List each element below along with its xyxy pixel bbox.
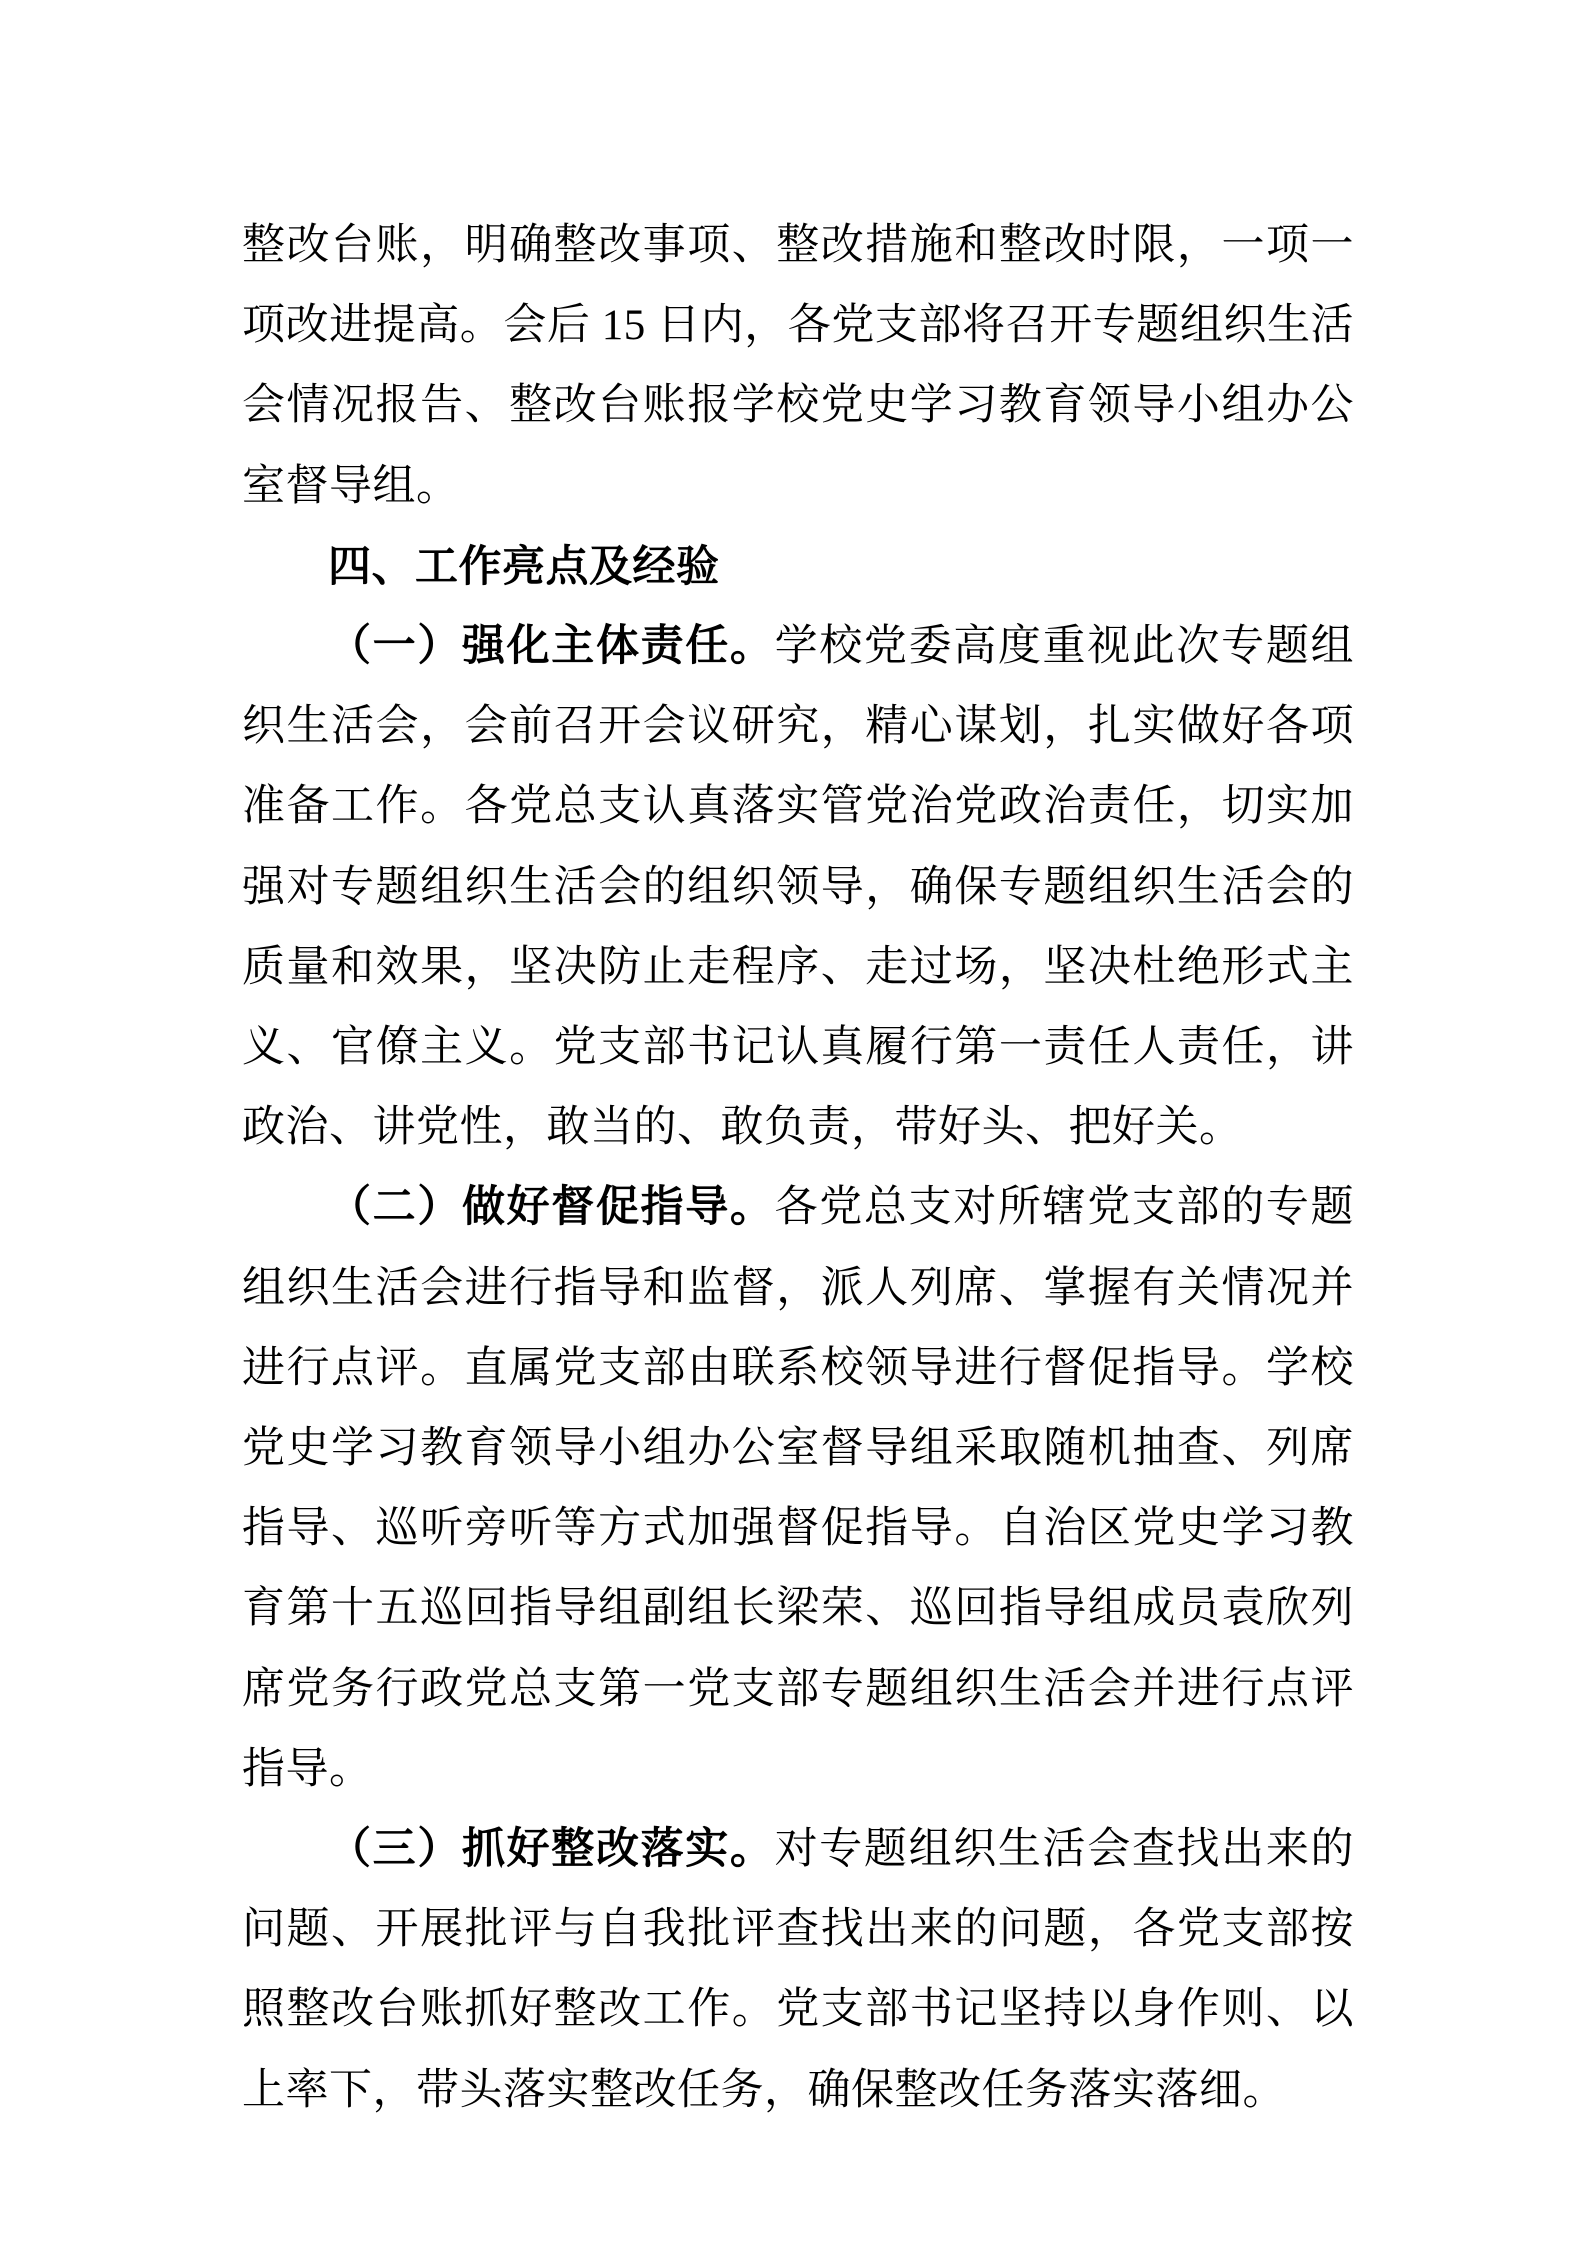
subsection-lead-2: （二）做好督促指导。 (328, 1184, 775, 1231)
document-page: 整改台账，明确整改事项、整改措施和整改时限，一项一项改进提高。会后 15 日内，… (0, 0, 1587, 2245)
subsection-lead-1: （一）强化主体责任。 (328, 623, 775, 670)
subsection-paragraph-1: （一）强化主体责任。学校党委高度重视此次专题组织生活会，会前召开会议研究，精心谋… (242, 607, 1354, 1168)
section-heading: 四、工作亮点及经验 (242, 527, 1354, 607)
subsection-text-2: 各党总支对所辖党支部的专题组织生活会进行指导和监督，派人列席、掌握有关情况并进行… (242, 1184, 1354, 1792)
subsection-text-1: 学校党委高度重视此次专题组织生活会，会前召开会议研究，精心谋划，扎实做好各项准备… (242, 623, 1354, 1151)
document-body: 整改台账，明确整改事项、整改措施和整改时限，一项一项改进提高。会后 15 日内，… (242, 206, 1354, 2131)
paragraph-continuation: 整改台账，明确整改事项、整改措施和整改时限，一项一项改进提高。会后 15 日内，… (242, 206, 1354, 527)
subsection-paragraph-3: （三）抓好整改落实。对专题组织生活会查找出来的问题、开展批评与自我批评查找出来的… (242, 1810, 1354, 2131)
subsection-paragraph-2: （二）做好督促指导。各党总支对所辖党支部的专题组织生活会进行指导和监督，派人列席… (242, 1168, 1354, 1810)
subsection-lead-3: （三）抓好整改落实。 (328, 1826, 775, 1873)
